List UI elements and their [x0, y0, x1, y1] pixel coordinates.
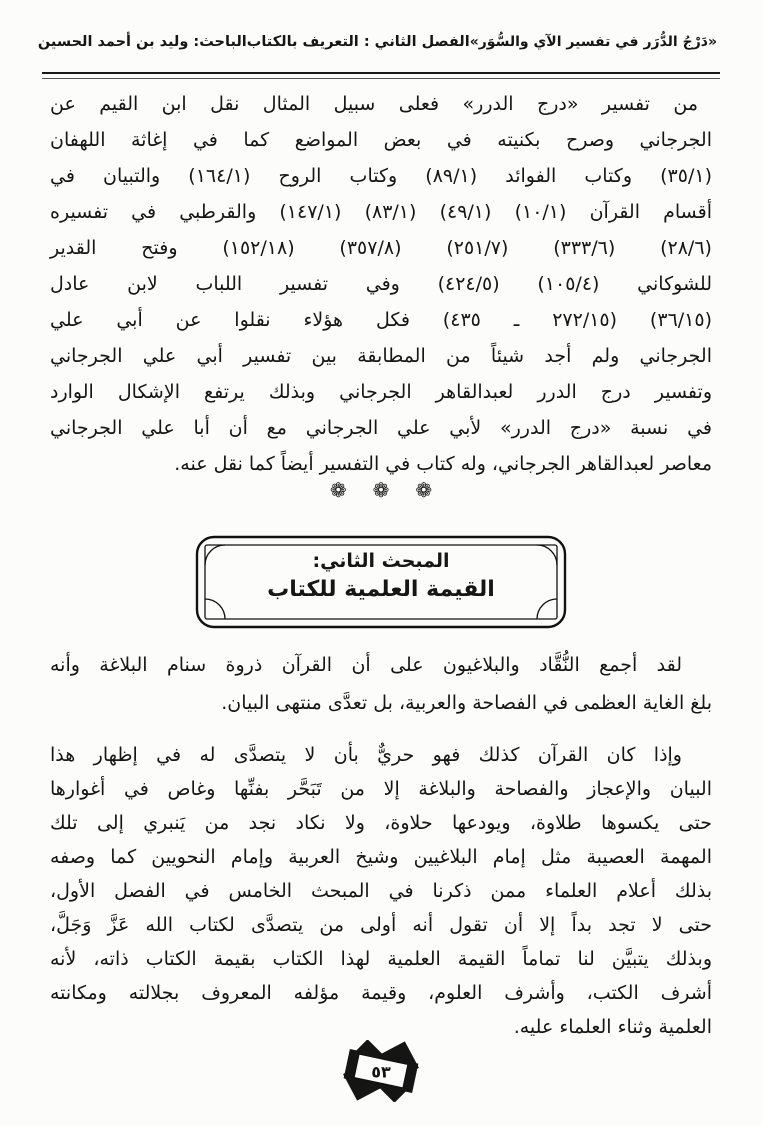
paragraph-2: لقد أجمع النُّقَّاد والبلاغيون على أن ال…	[50, 646, 712, 722]
text-line: في نسبة «درج الدرر» لأبي علي الجرجاني مع…	[50, 410, 712, 446]
text-line: أشرف الكتب، وأشرف العلوم، وقيمة مؤلفه ال…	[50, 976, 712, 1010]
text-line: الجرجاني وصرح بكنيته في بعض المواضع كما …	[50, 122, 712, 158]
section-title-box: المبحث الثاني: القيمة العلمية للكتاب	[194, 534, 568, 630]
header-book-title: «دَرْجُ الدُّرَر في تفسير الآي والسُّوَر…	[470, 34, 717, 50]
text-line: حتى يكسوها طلاوة، ويودعها حلاوة، ولا نكا…	[50, 806, 712, 840]
section-title: القيمة العلمية للكتاب	[194, 577, 568, 602]
text-line: وإذا كان القرآن كذلك فهو حريٌّ بأن لا يت…	[50, 738, 712, 772]
text-line: (٣٦/١٥) (٢٧٢/١٥ ـ ٤٣٥) فكل هؤلاء نقلوا ع…	[50, 302, 712, 338]
page-number-star: ٥٣	[331, 1040, 431, 1102]
text-line: المهمة العصيبة مثل إمام البلاغيين وشيخ ا…	[50, 840, 712, 874]
page-number-ornament: ٥٣	[0, 1040, 762, 1102]
text-line: وبذلك يتبيَّن لنا تماماً القيمة العلمية …	[50, 942, 712, 976]
book-page: «دَرْجُ الدُّرَر في تفسير الآي والسُّوَر…	[0, 0, 762, 1126]
paragraph-1: من تفسير «درج الدرر» فعلى سبيل المثال نق…	[50, 86, 712, 482]
text-line: (٢٨/٦) (٣٣٣/٦) (٢٥١/٧) (٣٥٧/٨) (١٥٢/١٨) …	[50, 230, 712, 266]
text-line: بلغ الغاية العظمى في الفصاحة والعربية، ب…	[50, 684, 712, 722]
flower-icon: ❁	[373, 478, 390, 502]
flower-icon: ❁	[330, 478, 347, 502]
text-line: أقسام القرآن (١٠/١) (٤٩/١) (٨٣/١) (١٤٧/١…	[50, 194, 712, 230]
header-chapter-title: الفصل الثاني : التعريف بالكتاب	[247, 34, 470, 50]
text-line: حتى لا تجد بداً إلا أن تقول أنه أولى من …	[50, 908, 712, 942]
text-line: للشوكاني (١٠٥/٤) (٤٢٤/٥) وفي تفسير اللبا…	[50, 266, 712, 302]
text-line: من تفسير «درج الدرر» فعلى سبيل المثال نق…	[50, 86, 712, 122]
text-line: بذلك أعلام العلماء ممن ذكرنا في المبحث ا…	[50, 874, 712, 908]
section-label: المبحث الثاني:	[194, 550, 568, 572]
header-author: الباحث: وليد بن أحمد الحسين	[38, 34, 247, 50]
ornament-separator: ❁❁❁	[0, 478, 762, 502]
flower-icon: ❁	[415, 478, 432, 502]
text-line: العلمية وثناء العلماء عليه.	[50, 1010, 712, 1044]
text-line: وتفسير درج الدرر لعبدالقاهر الجرجاني وبذ…	[50, 374, 712, 410]
text-line: لقد أجمع النُّقَّاد والبلاغيون على أن ال…	[50, 646, 712, 684]
page-header: «دَرْجُ الدُّرَر في تفسير الآي والسُّوَر…	[45, 34, 717, 50]
header-rule	[42, 72, 720, 79]
text-line: الجرجاني ولم أجد شيئاً من المطابقة بين ت…	[50, 338, 712, 374]
paragraph-3: وإذا كان القرآن كذلك فهو حريٌّ بأن لا يت…	[50, 738, 712, 1044]
text-line: البيان والإعجاز والفصاحة والبلاغة إلا من…	[50, 772, 712, 806]
text-line: معاصر لعبدالقاهر الجرجاني، وله كتاب في ا…	[50, 446, 712, 482]
page-number: ٥٣	[371, 1063, 391, 1082]
text-line: (٣٥/١) وكتاب الفوائد (٨٩/١) وكتاب الروح …	[50, 158, 712, 194]
